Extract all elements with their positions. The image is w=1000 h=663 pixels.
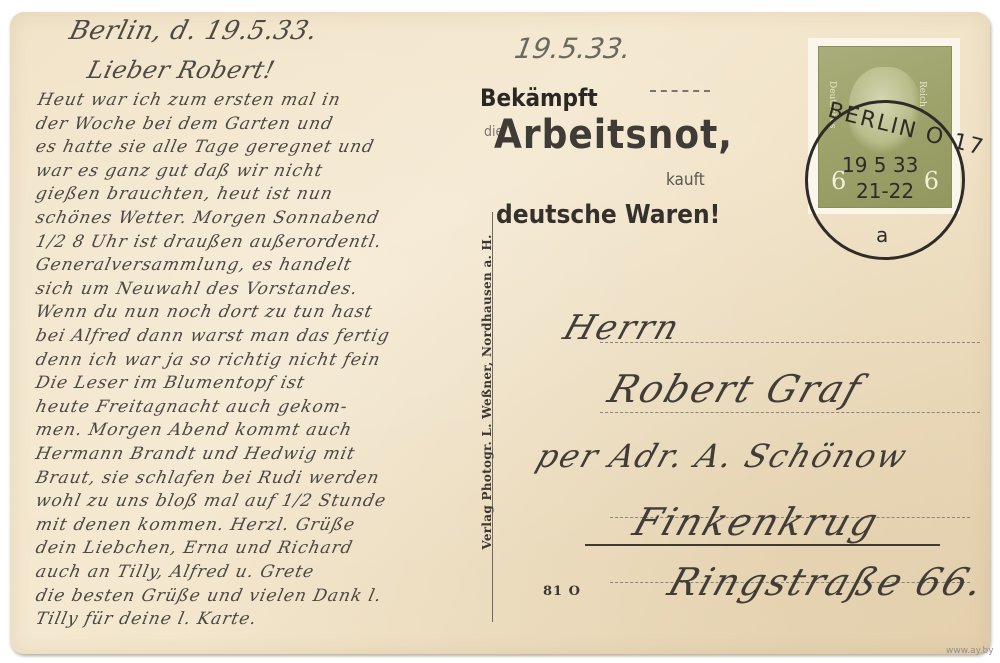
message-line: Wenn du nun noch dort zu tun hast <box>34 302 375 322</box>
postcard: Berlin, d. 19.5.33. Lieber Robert! Heut … <box>10 12 990 654</box>
pencil-date-note: 19.5.33. <box>512 32 634 65</box>
postmark-time: 21-22 <box>856 179 914 203</box>
message-line: wohl zu uns bloß mal auf 1/2 Stunde <box>34 491 388 511</box>
slogan-line-4: deutsche Waren! <box>496 200 720 230</box>
message-line: die besten Grüße und vielen Dank l. <box>34 586 384 606</box>
address-town: Finkenkrug <box>628 500 885 544</box>
message-line: auch an Tilly, Alfred u. Grete <box>34 562 316 582</box>
message-date: Berlin, d. 19.5.33. <box>66 16 320 46</box>
message-line: heute Freitagnacht auch gekom- <box>34 397 350 417</box>
postmark-letter: a <box>876 223 888 247</box>
watermark: www.ay.by <box>946 646 994 656</box>
message-line: dein Liebchen, Erna und Richard <box>34 538 355 558</box>
message-line: bei Alfred dann warst man das fertig <box>34 326 392 346</box>
slogan-line-2: Arbeitsnot, <box>494 112 733 158</box>
message-line: Heut war ich zum ersten mal in <box>36 90 343 110</box>
message-line: denn ich war ja so richtig nicht fein <box>34 350 383 370</box>
cancel-dash-mark <box>650 90 710 94</box>
card-number: 81 O <box>543 584 581 599</box>
postmark: BERLIN O 17 19 5 33 21-22 a <box>805 100 965 260</box>
address-salutation: Herrn <box>559 308 686 348</box>
address-underline <box>585 544 940 546</box>
postmark-city: BERLIN O 17 <box>825 98 987 161</box>
message-line: Braut, sie schlafen bei Rudi werden <box>34 468 382 488</box>
slogan-line-1: Bekämpft <box>480 84 598 112</box>
message-line: war es ganz gut daß wir nicht <box>34 161 325 181</box>
message-line: mit denen kommen. Herzl. Grüße <box>34 515 357 535</box>
address-rule <box>600 412 980 413</box>
message-line: sich um Neuwahl des Vorstandes. <box>34 279 360 299</box>
message-line: men. Morgen Abend kommt auch <box>34 420 354 440</box>
address-street: Ringstraße 66. <box>663 560 991 604</box>
address-care-of: per Adr. A. Schönow <box>532 437 913 475</box>
message-line: Hermann Brandt und Hedwig mit <box>34 444 357 464</box>
message-line: Generalversammlung, es handelt <box>34 255 354 275</box>
slogan-line-3: kauft <box>666 170 705 190</box>
message-line: Die Leser im Blumentopf ist <box>34 373 307 393</box>
message-line: 1/2 8 Uhr ist draußen außerordentl. <box>34 232 384 252</box>
publisher-imprint-text: Verlag Photogr. L. Weßner, Nordhausen a.… <box>480 234 494 549</box>
message-line: der Woche bei dem Garten und <box>34 114 335 134</box>
message-line: es hatte sie alle Tage geregnet und <box>34 137 376 157</box>
postmark-date: 19 5 33 <box>842 153 918 177</box>
message-line: gießen brauchten, heut ist nun <box>34 184 335 204</box>
stamp-country-right: Reich <box>917 81 927 107</box>
address-recipient: Robert Graf <box>603 367 868 411</box>
message-line: Tilly für deine l. Karte. <box>34 609 259 629</box>
message-greeting: Lieber Robert! <box>85 56 278 84</box>
publisher-imprint: Verlag Photogr. L. Weßner, Nordhausen a.… <box>472 262 502 522</box>
message-line: schönes Wetter. Morgen Sonnabend <box>34 208 382 228</box>
